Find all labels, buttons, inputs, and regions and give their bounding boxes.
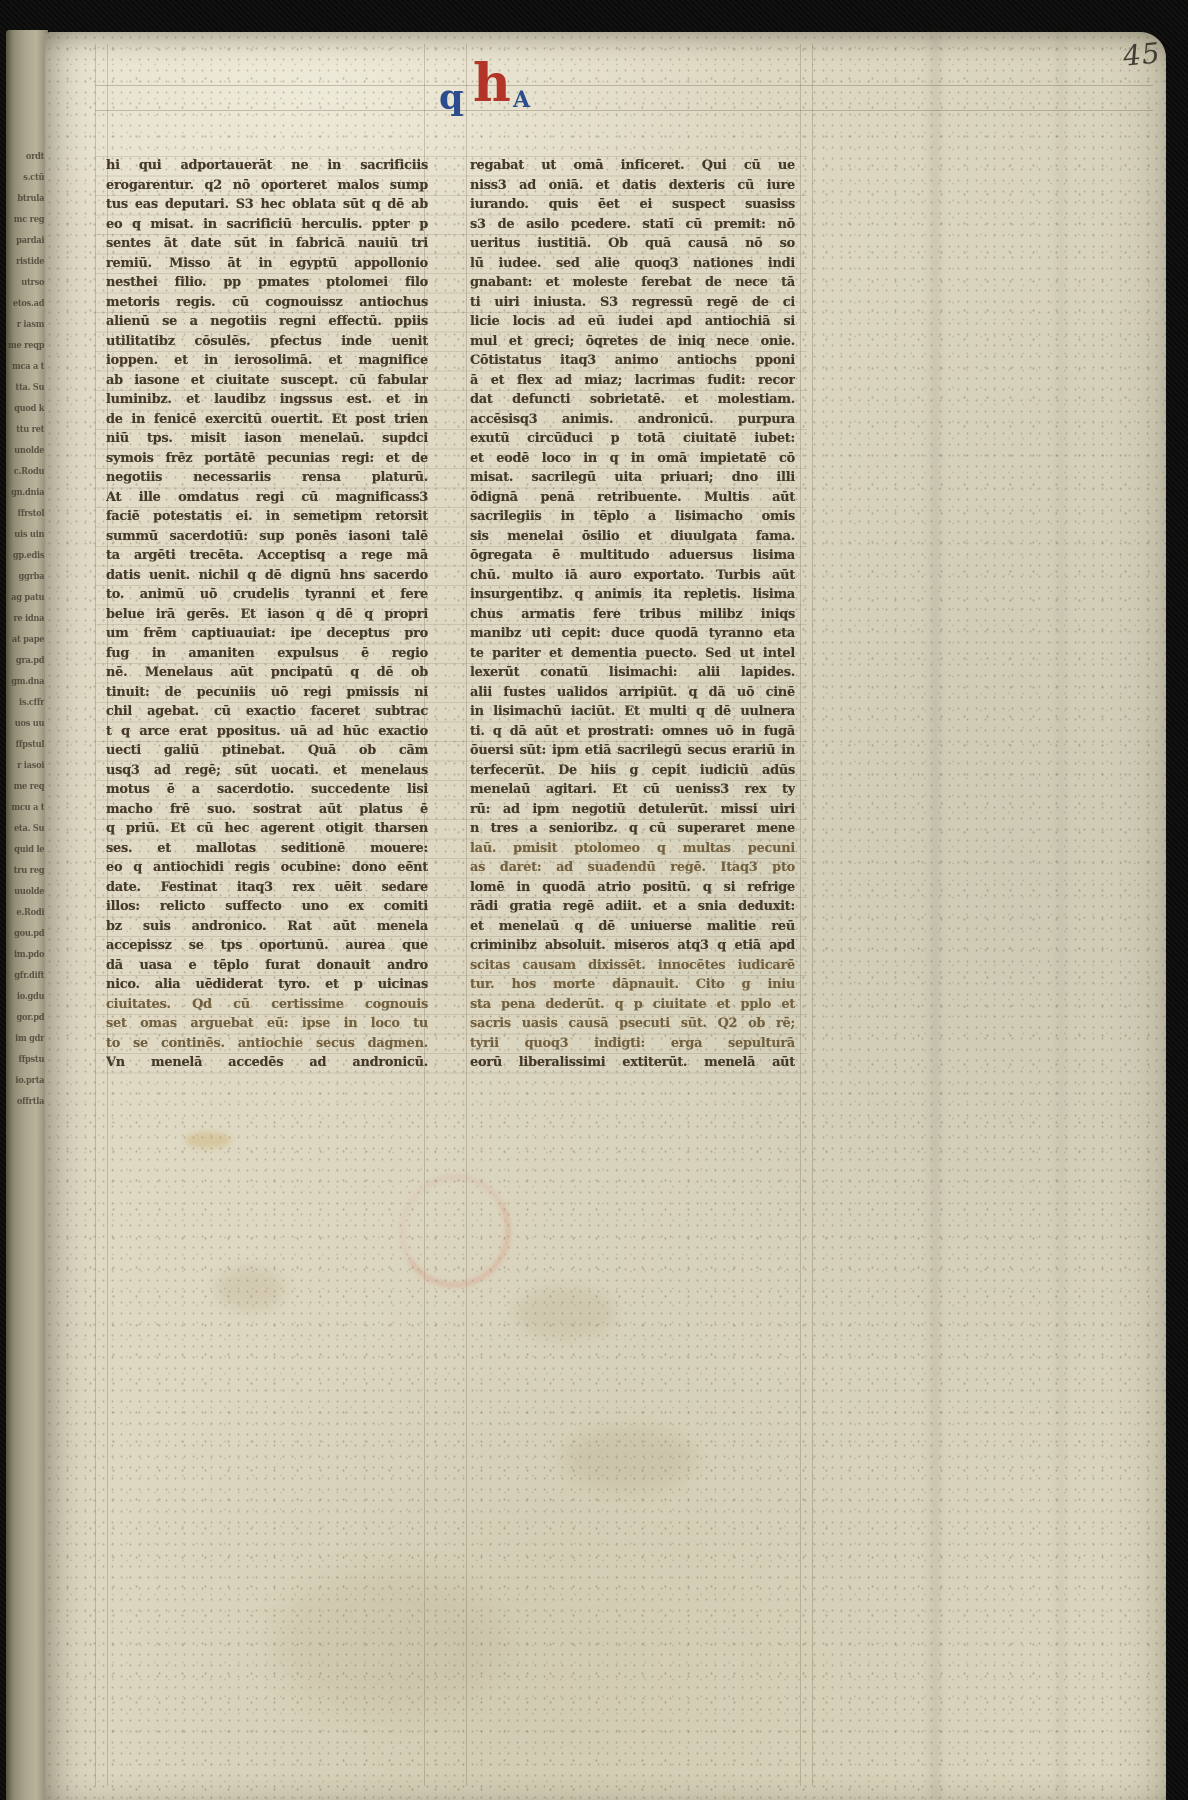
page-fragment-text: mca a t [6, 362, 44, 380]
text-line: dā uasa e tēplo furat donauit andro [106, 956, 428, 976]
text-line: sacris uasis causā psecuti sūt. Q2 ob rē… [470, 1014, 795, 1034]
text-line: summū sacerdotiū: sup ponēs iasoni talē [106, 527, 428, 547]
page-fragment-text: unolde [6, 446, 44, 464]
text-column-left: hi qui adportauerāt ne in sacrificiisero… [106, 156, 428, 1073]
page-fragment-text: io.gdu [6, 992, 44, 1010]
text-line: laū. pmisit ptolomeo q multas pecuni [470, 839, 795, 859]
red-offset-stain [388, 1163, 522, 1298]
page-fragment-text: quid le [6, 845, 44, 863]
page-fragment-text: ttu ret [6, 425, 44, 443]
text-line: to. animū uō crudelis tyranni et fere [106, 585, 428, 605]
text-line: belue irā gerēs. Et iason q dē q propri [106, 605, 428, 625]
text-line: et eodē loco in q in omā impietatē cō [470, 449, 795, 469]
page-fragment-text: gou.pd [6, 929, 44, 947]
text-line: rū: ad ipm negotiū detulerūt. missi uiri [470, 800, 795, 820]
text-line: sentes āt date sūt in fabricā nauiū tri [106, 234, 428, 254]
text-line: chus armatis fere tribus milibz iniqs [470, 605, 795, 625]
page-fragment-text: im gdr [6, 1034, 44, 1052]
text-line: sis menelai ōsilio et diuulgata fama. [470, 527, 795, 547]
text-line: Vn menelā accedēs ad andronicū. [106, 1053, 428, 1073]
text-line: ā et flex ad miaz; lacrimas fudit: recor [470, 371, 795, 391]
vertical-crease [930, 32, 940, 1800]
text-line: te pariter et dementia puecto. Sed ut in… [470, 644, 795, 664]
text-line: ōgregata ē multitudo aduersus lisima [470, 546, 795, 566]
text-line: luminibz. et laudibz ingssus est. et in [106, 390, 428, 410]
text-line: alii fustes ualidos arripiūt. q dā uō ci… [470, 683, 795, 703]
vertical-crease [1057, 32, 1065, 1800]
text-line: illos: relicto suffecto uno ex comiti [106, 897, 428, 917]
page-fragment-text: pardai [6, 236, 44, 254]
page-fragment-text: gn.dnia [6, 488, 44, 506]
text-line: accepissz se tps oportunū. aurea que [106, 936, 428, 956]
text-line: tur. hos morte dāpnauit. Cito g iniu [470, 975, 795, 995]
text-line: ōdignā penā retribuente. Multis aūt [470, 488, 795, 508]
page-fragment-text: gor.pd [6, 1013, 44, 1031]
text-line: nē. Menelaus aūt pncipatū q dē ob [106, 663, 428, 683]
folio-number: 45 [1121, 36, 1162, 73]
text-line: set omas arguebat eū: ipse in loco tu [106, 1014, 428, 1034]
text-line: chū. multo iā auro exportato. Turbis aūt [470, 566, 795, 586]
page-fragment-text: gfr.dift [6, 971, 44, 989]
text-line: lomē in quodā atrio positū. q si refrige [470, 878, 795, 898]
text-line: symois frēz portātē pecunias regi: et de [106, 449, 428, 469]
page-fragment-text: ordt [6, 152, 44, 170]
text-line: to se continēs. antiochie secus dagmen. [106, 1034, 428, 1054]
text-line: ueritus iustitiā. Ob quā causā nō so [470, 234, 795, 254]
stain [515, 1287, 615, 1339]
text-line: gnabant: et moleste ferebat de nece tā [470, 273, 795, 293]
text-line: insurgentibz. q animis ita repletis. lis… [470, 585, 795, 605]
page-fragment-text: tta. Su [6, 383, 44, 401]
text-line: sacrilegiis in tēplo a lisimacho omis [470, 507, 795, 527]
page-fragment-text: ffpstu [6, 1055, 44, 1073]
text-line: manibz uti cepit: duce quodā tyranno eta [470, 624, 795, 644]
page-fragment-text: uis uin [6, 530, 44, 548]
text-line: negotiis necessariis rensa platurū. [106, 468, 428, 488]
page-fragment-text: ggrba [6, 572, 44, 590]
text-line: ti. q dā aūt et prostrati: omnes uō in f… [470, 722, 795, 742]
stain [275, 1572, 505, 1712]
text-line: n tres a senioribz. q cū superaret mene [470, 819, 795, 839]
page-fragment-text: ag patu [6, 593, 44, 611]
page-fragment-text: quod k [6, 404, 44, 422]
text-line: in lisimachū iaciūt. Et multi q dē uulne… [470, 702, 795, 722]
page-fragment-text: gm.dna [6, 677, 44, 695]
text-line: niū tps. misit iason menelaū. supdci [106, 429, 428, 449]
text-line: accēsisq3 animis. andronicū. purpura [470, 410, 795, 430]
text-line: ciuitates. Qd cū certissime cognouis [106, 995, 428, 1015]
text-line: utilitatibz cōsulēs. pfectus inde uenit [106, 332, 428, 352]
text-line: terfecerūt. De hiis g cepit iudiciū adūs [470, 761, 795, 781]
stain [215, 1267, 285, 1311]
page-fragment-text: io.prta [6, 1076, 44, 1094]
page-fragment-text: e.Rodi [6, 908, 44, 926]
text-line: mul et greci; ōqretes de iniq nece onie. [470, 332, 795, 352]
manuscript-page: q h a 45 hi qui adportauerāt ne in sacri… [45, 32, 1166, 1800]
text-line: motus ē a sacerdotio. succedente lisi [106, 780, 428, 800]
text-line: tyrii quoq3 indigti: erga sepulturā [470, 1034, 795, 1054]
text-line: licie locis ad eū iudei apd antiochiā si [470, 312, 795, 332]
page-fragment-text: re idna [6, 614, 44, 632]
text-line: remiū. Misso āt in egyptū appollonio [106, 254, 428, 274]
text-line: nico. alia uēdiderat tyro. et p uicinas [106, 975, 428, 995]
facing-page-edge: ordts.ctūbtrulamc regpardairistideutrsoe… [6, 30, 48, 1800]
text-line: tinuit: de pecuniis uō regi pmissis ni [106, 683, 428, 703]
text-line: um frēm captiuauiat: ipe deceptus pro [106, 624, 428, 644]
text-line: iurando. quis ēet ei suspect suasiss [470, 195, 795, 215]
text-line: eorū liberalissimi extiterūt. menelā aūt [470, 1053, 795, 1073]
text-line: regabat ut omā inficeret. Qui cū ue [470, 156, 795, 176]
text-line: eo q misat. in sacrificiū herculis. ppte… [106, 215, 428, 235]
page-fragment-text: s.ctū [6, 173, 44, 191]
page-fragment-text: etos.ad [6, 299, 44, 317]
text-line: lexerūt conatū lisimachi: alii lapides. [470, 663, 795, 683]
text-line: tus eas deputari. S3 hec oblata sūt q dē… [106, 195, 428, 215]
text-line: t q arce erat ppositus. uā ad hūc exacti… [106, 722, 428, 742]
page-fragment-text: me reqp [6, 341, 44, 359]
text-line: eo q antiochidi regis ocubine: dono eēnt [106, 858, 428, 878]
page-fragment-text: ffpstul [6, 740, 44, 758]
page-fragment-text: ffrstol [6, 509, 44, 527]
page-fragment-text: mcu a t [6, 803, 44, 821]
page-fragment-text: eta. Su [6, 824, 44, 842]
page-fragment-text: utrso [6, 278, 44, 296]
text-line: de in fenicē exercitū ouertit. Et post t… [106, 410, 428, 430]
page-fragment-text: btrula [6, 194, 44, 212]
text-line: ses. et mallotas seditionē mouere: [106, 839, 428, 859]
page-fragment-text: tru reg [6, 866, 44, 884]
text-line: ōuersi sūt: ipm etiā sacrilegū secus era… [470, 741, 795, 761]
text-line: bz suis andronico. Rat aūt menela [106, 917, 428, 937]
page-fragment-text: im.pdo [6, 950, 44, 968]
page-fragment-text: is.cffr [6, 698, 44, 716]
text-line: et menelaū q dē uniuerse malitie reū [470, 917, 795, 937]
text-line: rādi gratia regē adiit. et a snia deduxi… [470, 897, 795, 917]
stain [565, 1427, 695, 1491]
text-line: exutū circūduci p totā ciuitatē iubet: [470, 429, 795, 449]
text-line: datis uenit. nichil q dē dignū hns sacer… [106, 566, 428, 586]
text-line: s3 de asilo pcedere. statī cū premit: nō [470, 215, 795, 235]
page-fragment-text: gra.pd [6, 656, 44, 674]
text-line: erogarentur. q2 nō oporteret malos sump [106, 176, 428, 196]
text-line: menelaū agitari. Et cū ueniss3 rex ty [470, 780, 795, 800]
text-line: nesthei filio. pp pmates ptolomei filo [106, 273, 428, 293]
text-line: as daret: ad suadendū regē. Itaq3 pto [470, 858, 795, 878]
page-fragment-text: mc reg [6, 215, 44, 233]
text-line: niss3 ad oniā. et datis dexteris cū iure [470, 176, 795, 196]
page-fragment-text: r iasoi [6, 761, 44, 779]
text-line: hi qui adportauerāt ne in sacrificiis [106, 156, 428, 176]
running-title-letter-h: h [473, 58, 511, 110]
page-fragment-text: uuolde [6, 887, 44, 905]
text-column-right: regabat ut omā inficeret. Qui cū ueniss3… [470, 156, 795, 1073]
page-fragment-text: gp.edis [6, 551, 44, 569]
text-line: sta pena dederūt. q p ciuitate et pplo e… [470, 995, 795, 1015]
page-fragment-text: ristide [6, 257, 44, 275]
text-line: date. Festinat itaq3 rex uēit sedare [106, 878, 428, 898]
text-line: uecti galiū ptinebat. Quā ob cām [106, 741, 428, 761]
text-line: usq3 ad regē; sūt uocati. et menelaus [106, 761, 428, 781]
page-fragment-text: uos uu [6, 719, 44, 737]
text-line: chil agebat. cū exactio faceret subtrac [106, 702, 428, 722]
page-fragment-text: c.Rodu [6, 467, 44, 485]
text-line: criminibz absoluit. miseros atq3 q etiā … [470, 936, 795, 956]
running-title-letter-a: a [513, 82, 530, 113]
text-line: ioppen. et in ierosolimā. et magnifice [106, 351, 428, 371]
ink-smudge-stain [185, 1132, 231, 1148]
page-fragment-text: r iasm [6, 320, 44, 338]
text-line: ti uiri iniusta. S3 regressū regē de ci [470, 293, 795, 313]
page-fragment-text: at pape [6, 635, 44, 653]
manuscript-photo: ordts.ctūbtrulamc regpardairistideutrsoe… [0, 0, 1188, 1800]
text-line: faciē potestatis ei. in semetipm retorsi… [106, 507, 428, 527]
text-line: misat. sacrilegū uita priuari; dno illi [470, 468, 795, 488]
text-line: scitas causam dixissēt. innocētes iudica… [470, 956, 795, 976]
text-line: Cōtistatus itaq3 animo antiochs pponi [470, 351, 795, 371]
text-line: q priū. Et cū hec agerent otigit tharsen [106, 819, 428, 839]
text-line: ab iasone et ciuitate suscept. cū fabula… [106, 371, 428, 391]
text-line: lū iudee. sed alie quoq3 nationes indi [470, 254, 795, 274]
text-line: macho frē suo. sostrat aūt platus ē [106, 800, 428, 820]
text-line: alienū se a negotiis regni effectū. ppii… [106, 312, 428, 332]
text-line: dat defuncti sobrietatē. et molestiam. [470, 390, 795, 410]
page-fragment-text: me req [6, 782, 44, 800]
text-line: ta argēti trecēta. Acceptisq a rege mā [106, 546, 428, 566]
text-line: fug in amaniten expulsus ē regio [106, 644, 428, 664]
running-title-letter-q: q [439, 80, 463, 115]
text-line: metoris regis. cū cognouissz antiochus [106, 293, 428, 313]
page-fragment-text: offrtla [6, 1097, 44, 1115]
text-line: At ille omdatus regi cū magnificass3 [106, 488, 428, 508]
